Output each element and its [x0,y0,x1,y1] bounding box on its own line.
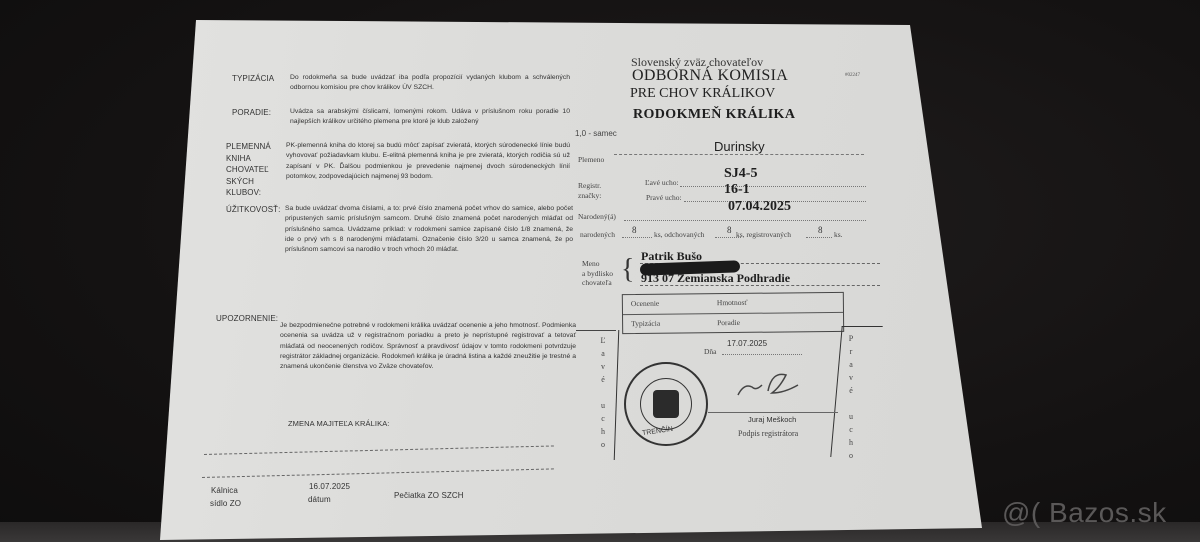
rating-label: Ocenenie [631,299,659,308]
grade-row-1: Ocenenie Hmotnosť [623,293,843,314]
right-ear-label: Pravé ucho: [646,193,682,202]
registrar-sig-label: Podpis registrátora [738,429,798,438]
serial-number: #02247 [845,73,860,78]
signature-line [708,412,838,413]
date-value: 17.07.2025 [727,339,767,348]
section-text-poradie: Uvádza sa arabskými číslicami, lomenými … [290,107,570,128]
seat-value: Kálnica [211,485,238,497]
born-count-label: narodených [580,230,615,239]
left-ear-value: SJ4-5 [724,166,757,182]
born-count-value: 8 [632,225,637,235]
order-label: Poradie [717,318,740,327]
born-label: Narodený(á) [578,212,616,221]
breed-label: Plemeno [578,155,604,164]
commission-title: ODBORNÁ KOMISIA [632,67,788,85]
owner-change-label: ZMENA MAJITEĽA KRÁLIKA: [288,418,390,430]
born-count-line [622,237,652,238]
breed-value: Durinsky [714,139,765,154]
owner-change-date-label: dátum [308,494,331,506]
right-ear-value: 16-1 [724,182,750,198]
owner-address: 913 07 Zemianska Podhradie [641,271,790,286]
right-ear-box [830,326,882,457]
szch-logo-icon [653,390,679,418]
registrar-name: Juraj Meškoch [748,415,796,424]
born-value: 07.04.2025 [728,199,791,215]
section-label-typizacia: TYPIZÁCIA [232,73,274,85]
bazos-watermark: @( Bazos.sk [1002,497,1167,529]
section-text-typizacia: Do rodokmeňa sa bude uvádzať iba podľa p… [290,73,570,94]
date-label: Dňa [704,347,717,356]
signature-icon [732,365,802,400]
left-ear-box-top [576,330,616,331]
reg-marks-label: Registr. značky: [578,181,618,201]
registered-count-line [806,237,832,238]
commission-subtitle: PRE CHOV KRÁLIKOV [630,86,775,102]
left-ear-line [680,186,866,187]
owner-change-line-2 [202,468,554,478]
owner-label-line-1: Meno [582,259,613,269]
date-line [722,354,802,355]
section-label-uzitkovost: ÚŽITKOVOSŤ: [226,204,280,216]
stamp-label: Pečiatka ZO SZCH [394,490,464,502]
reared-count-value: 8 [727,225,732,235]
stamp-inner-ring [640,378,692,430]
owner-change-date-value: 16.07.2025 [309,481,350,493]
grade-row-2: Typizácia Poradie [623,312,843,334]
grade-box: Ocenenie Hmotnosť Typizácia Poradie [622,292,844,334]
ks-label: ks. [834,230,843,239]
registered-label: ks, registrovaných [736,230,791,239]
born-line [624,220,866,221]
owner-label-line-3: chovateľa [582,278,613,288]
left-ear-label: Ľavé ucho: [645,178,679,187]
owner-change-line-1 [204,445,554,455]
brace-icon: { [621,256,634,284]
section-label-upozornenie: UPOZORNENIE: [216,313,278,325]
left-ear-box-label: Ľavéucho [598,334,608,451]
breed-line [614,154,864,155]
section-label-poradie: PORADIE: [232,107,271,119]
section-label-plemenna-kniha: PLEMENNÁ KNIHA CHOVATEĽ SKÝCH KLUBOV: [226,141,288,199]
type-label: Typizácia [631,319,660,328]
pedigree-document: TYPIZÁCIA Do rodokmeňa sa bude uvádzať i… [0,0,1200,542]
reared-label: ks, odchovaných [654,230,704,239]
seat-label: sídlo ZO [210,498,241,510]
document-title: RODOKMEŇ KRÁLIKA [633,107,795,123]
right-ear-box-label: Pravéucho [846,332,856,462]
sex-label: 1,0 - samec [575,129,617,138]
owner-label-line-2: a bydlisko [582,269,613,279]
section-text-uzitkovost: Sa bude uvádzať dvoma číslami, a to: prv… [285,204,573,255]
section-text-plemenna-kniha: PK-plemenná kniha do ktorej sa budú môcť… [286,141,570,182]
section-text-upozornenie: Je bezpodmienečne potrebné v rodokmeni k… [280,321,576,372]
weight-label: Hmotnosť [717,298,748,307]
owner-label: Meno a bydlisko chovateľa [582,259,613,288]
registered-count-value: 8 [818,225,823,235]
owner-address-line [640,285,880,286]
